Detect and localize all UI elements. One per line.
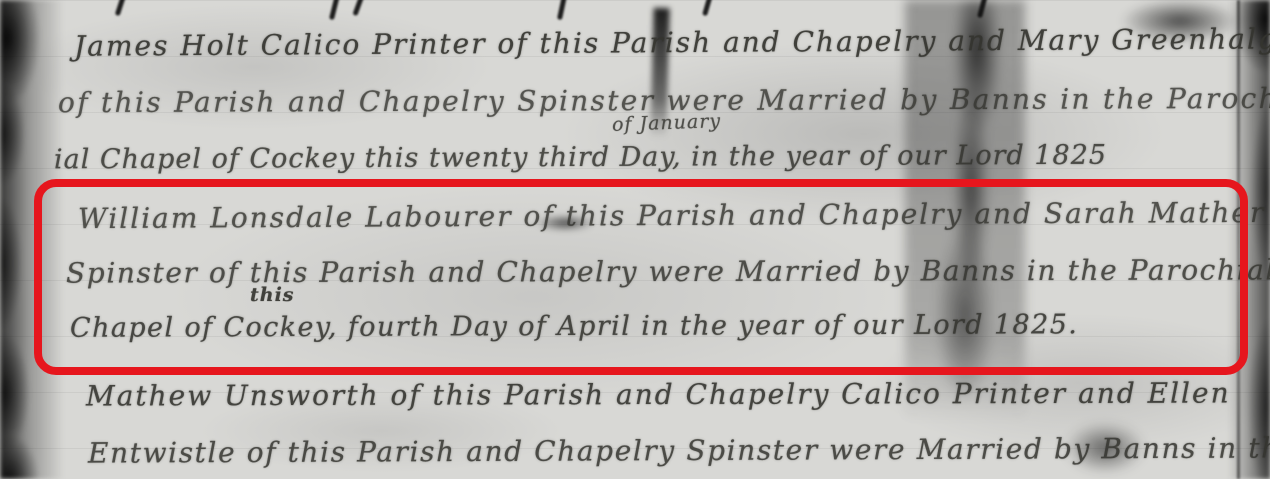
fold-ink-streak bbox=[650, 8, 669, 138]
ink-fragment bbox=[977, 0, 988, 18]
bottom-ink-blot bbox=[1040, 400, 1170, 479]
register-line-lonsdale-2: Spinster of this Parish and Chapelry wer… bbox=[66, 253, 1270, 289]
book-gutter-shadow bbox=[0, 0, 64, 479]
center-ink-smudge bbox=[905, 0, 1025, 420]
top-right-ink-blot bbox=[1100, 0, 1260, 70]
page-edge-line bbox=[1237, 0, 1240, 479]
ink-fragment bbox=[702, 0, 713, 16]
register-line-unsworth-1: Mathew Unsworth of this Parish and Chape… bbox=[86, 377, 1231, 413]
register-line-james-holt-1: James Holt Calico Printer of this Parish… bbox=[74, 22, 1270, 62]
interlinear-insertion-of-january: of January bbox=[612, 110, 722, 136]
right-edge-shadow bbox=[1228, 0, 1270, 479]
entry-ink-blot bbox=[520, 208, 610, 238]
register-line-james-holt-3: ial Chapel of Cockey this twenty third D… bbox=[54, 140, 1107, 176]
register-line-lonsdale-1: William Lonsdale Labourer of this Parish… bbox=[78, 196, 1266, 235]
ink-fragment bbox=[557, 0, 568, 20]
ink-fragment bbox=[329, 0, 340, 20]
register-scan-page: James Holt Calico Printer of this Parish… bbox=[0, 0, 1270, 479]
ink-fragment bbox=[115, 0, 127, 16]
highlight-red-box bbox=[34, 179, 1248, 375]
interlinear-insertion-this: this bbox=[250, 284, 295, 306]
register-line-james-holt-2: of this Parish and Chapelry Spinster wer… bbox=[58, 82, 1270, 119]
register-line-unsworth-2: Entwistle of this Parish and Chapelry Sp… bbox=[88, 431, 1270, 469]
register-line-lonsdale-3: Chapel of Cockey, fourth Day of April in… bbox=[70, 309, 1078, 344]
ink-fragment bbox=[352, 0, 364, 16]
